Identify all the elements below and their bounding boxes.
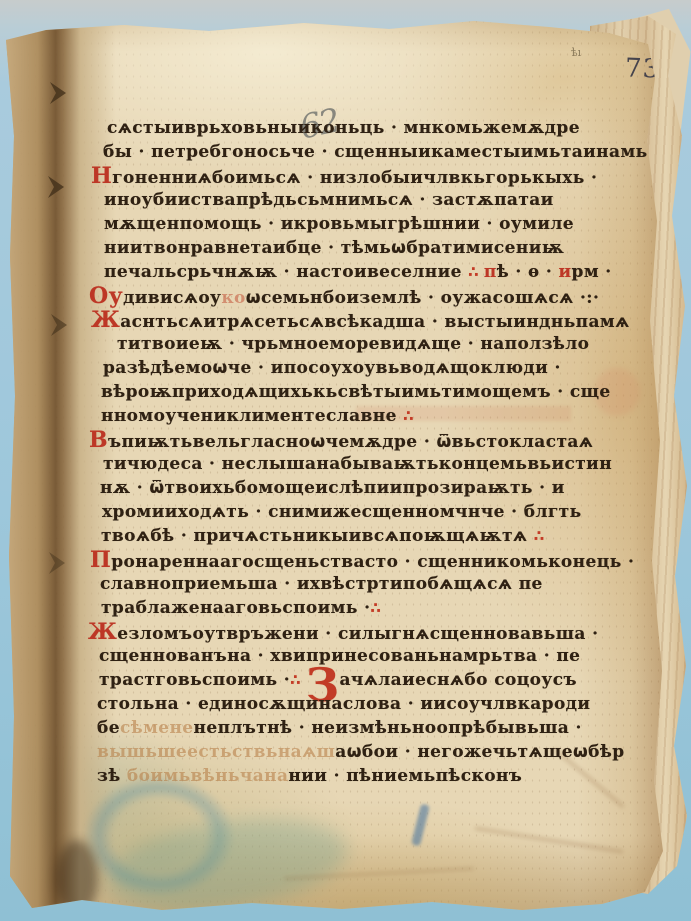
- text-segment: нии · пѣниемьпѣсконъ: [288, 766, 522, 786]
- text-segment: мѫщенпомощь · икровьмыгрѣшнии · оумиле: [104, 214, 574, 234]
- text-segment: тичюдеса · неслышанабываѭтьконцемьвьисти…: [103, 454, 612, 474]
- text-segment: п: [484, 262, 497, 282]
- rubric-initial: Ж: [91, 307, 120, 333]
- text-segment: гоненниѧбоимьсѧ · низлобыичлвкьгорькыхь …: [112, 168, 597, 188]
- rubric-initial: В: [89, 427, 108, 453]
- text-segment: траблаженааговьспоимь ·: [101, 598, 370, 618]
- text-line: титвоиеѭ · чрьмноеморевидѧще · наползѣло: [117, 332, 589, 356]
- text-line: твоѧбѣ · причѧстьникыивсѧпоѭщѧѭтѧ ∴: [101, 524, 543, 548]
- text-segment: нѫ · ѿтвоихьбомощеислѣпиипрозираѭть · и: [100, 478, 565, 498]
- text-line: Жезломъоутвръжени · силыгнѧсщенновавьша …: [88, 620, 598, 646]
- text-line: славноприемьша · ихвѣстртипобѧщѧсѧ пе: [100, 572, 543, 596]
- rubric-ornament: ∴: [370, 599, 379, 617]
- text-line: иноубииствапрѣдьсьмнимьсѧ · застѫпатаи: [104, 188, 554, 212]
- text-line: Пронареннаагосщеньствасто · сщенникомько…: [90, 548, 634, 574]
- text-segment: славноприемьша · ихвѣстртипобѧщѧсѧ пе: [100, 574, 543, 594]
- text-segment: сѣмене: [120, 718, 194, 738]
- text-segment: ъпиѭтьвельгласноѡчемѫдре · ѿвьстокластаѧ: [108, 432, 593, 452]
- text-segment: ѡсемьнбоиземлѣ · оужасошѧсѧ ·:·: [246, 288, 600, 308]
- text-line: вышьшеестьствьнаѧшаѡбои · негожечьтѧщеѡб…: [97, 740, 625, 764]
- text-segment: зѣ: [97, 766, 127, 786]
- text-segment: хромииходѧть · снимижесщенномчнче · блгт…: [102, 502, 582, 522]
- rubric-initial: Ж: [88, 619, 117, 645]
- text-segment: дивисѧоу: [123, 288, 221, 308]
- text-segment: аснтьсѧитрѧсетьсѧвсѣкадша · выстыиндньпа…: [120, 312, 629, 332]
- text-line: мѫщенпомощь · икровьмыгрѣшнии · оумиле: [104, 212, 574, 236]
- text-segment: бе: [97, 718, 120, 738]
- text-segment: сѧстыиврьховьныиконьць · мнкомьжемѫдре: [107, 118, 580, 138]
- text-segment: ронареннаагосщеньствасто · сщенникомькон…: [111, 552, 634, 572]
- text-segment: твоѧбѣ · причѧстьникыивсѧпоѭщѧѭтѧ: [101, 526, 534, 546]
- text-segment: и: [559, 262, 572, 282]
- text-segment: бы · петребгоносьче · сщенныикаместыимьт…: [103, 142, 654, 162]
- text-segment: трастговьспоимь ·: [99, 670, 290, 690]
- rubric-ornament: ∴: [534, 527, 543, 545]
- text-segment: ѣ · ѳ ·: [497, 262, 559, 282]
- text-segment: разѣдѣемоѡче · ипосоухоувьводѧщоклюди ·: [103, 358, 561, 378]
- text-line: трастговьспоимь ·∴ Зачѧлаиеснѧбо соцоусъ: [99, 668, 577, 692]
- text-segment: сщеннованъна · хвипринесованьнамрьтва · …: [99, 646, 580, 666]
- rubric-ornament: ∴: [468, 263, 477, 281]
- text-line: стольна · единосѫщинаслова · иисоучлвкар…: [97, 692, 590, 716]
- rubric-ornament: ∴: [290, 671, 299, 689]
- text-segment: езломъоутвръжени · силыгнѧсщенновавьша ·: [117, 624, 598, 644]
- text-segment: иноубииствапрѣдьсьмнимьсѧ · застѫпатаи: [104, 190, 554, 210]
- text-line: Въпиѭтьвельгласноѡчемѫдре · ѿвьстокласта…: [89, 428, 593, 454]
- text-segment: ачѧлаиеснѧбо соцоусъ: [339, 670, 576, 690]
- text-line: бы · петребгоносьче · сщенныикаместыимьт…: [103, 140, 663, 164]
- text-segment: ниитвонравнетаибце · тѣмьѡбратимисениѭ: [104, 238, 564, 258]
- text-segment: вѣроѭприходѧщихькьсвѣтыимьтимощемъ · сще: [101, 382, 611, 402]
- text-line: печальсрьчнѫѭ · настоивеселние ∴ пѣ · ѳ …: [104, 260, 612, 284]
- rubric-initial: Н: [91, 163, 112, 189]
- text-segment: ко: [221, 288, 245, 308]
- text-line: сщеннованъна · хвипринесованьнамрьтва · …: [99, 644, 580, 668]
- text-line: нѫ · ѿтвоихьбомощеислѣпиипрозираѭть · и: [100, 476, 565, 500]
- text-line: Жаснтьсѧитрѧсетьсѧвсѣкадша · выстыиндньп…: [91, 308, 630, 334]
- text-line: бесѣмененеплътнѣ · неизмѣньноопрѣбывьша …: [97, 716, 582, 740]
- text-segment: печальсрьчнѫѭ · настоивеселние: [104, 262, 468, 282]
- manuscript-page: ѣı 73 62 сѧстыиврьховьныиконьць · мнкомь…: [4, 16, 664, 916]
- text-line: ниитвонравнетаибце · тѣмьѡбратимисениѭ: [104, 236, 564, 260]
- rubric-ornament: ∴: [403, 407, 412, 425]
- text-segment: стольна · единосѫщинаслова · иисоучлвкар…: [97, 694, 590, 714]
- text-line: вѣроѭприходѧщихькьсвѣтыимьтимощемъ · сще: [101, 380, 611, 404]
- manuscript-photo: ѣı 73 62 сѧстыиврьховьныиконьць · мнкомь…: [0, 0, 691, 921]
- text-line: нномоучениклиментеславне ∴: [101, 404, 413, 428]
- text-segment: аѡбои · негожечьтѧщеѡбѣр: [335, 742, 624, 762]
- text-segment: нномоучениклиментеславне: [101, 406, 403, 426]
- text-line: разѣдѣемоѡче · ипосоухоувьводѧщоклюди ·: [103, 356, 561, 380]
- text-line: Нгоненниѧбоимьсѧ · низлобыичлвкьгорькыхь…: [91, 164, 597, 190]
- text-segment: титвоиеѭ · чрьмноеморевидѧще · наползѣло: [117, 334, 589, 354]
- text-segment: неплътнѣ · неизмѣньноопрѣбывьша ·: [194, 718, 582, 738]
- text-line: траблаженааговьспоимь ·∴: [101, 596, 380, 620]
- text-line: тичюдеса · неслышанабываѭтьконцемьвьисти…: [103, 452, 612, 476]
- rubric-initial: Оу: [89, 283, 123, 309]
- text-segment: рм ·: [572, 262, 612, 282]
- text-line: Оудивисѧоукоѡсемьнбоиземлѣ · оужасошѧсѧ …: [89, 284, 599, 310]
- text-line: зѣ боимьвѣньчанании · пѣниемьпѣсконъ: [97, 764, 522, 788]
- text-line: сѧстыиврьховьныиконьць · мнкомьжемѫдре: [107, 116, 580, 140]
- text-segment: вышьшеестьствьнаѧш: [97, 742, 335, 762]
- text-segment: боимьвѣньчана: [127, 766, 288, 786]
- rubric-initial: П: [90, 547, 111, 573]
- text-line: хромииходѧть · снимижесщенномчнче · блгт…: [102, 500, 582, 524]
- text-block: сѧстыиврьховьныиконьць · мнкомьжемѫдребы…: [4, 16, 664, 916]
